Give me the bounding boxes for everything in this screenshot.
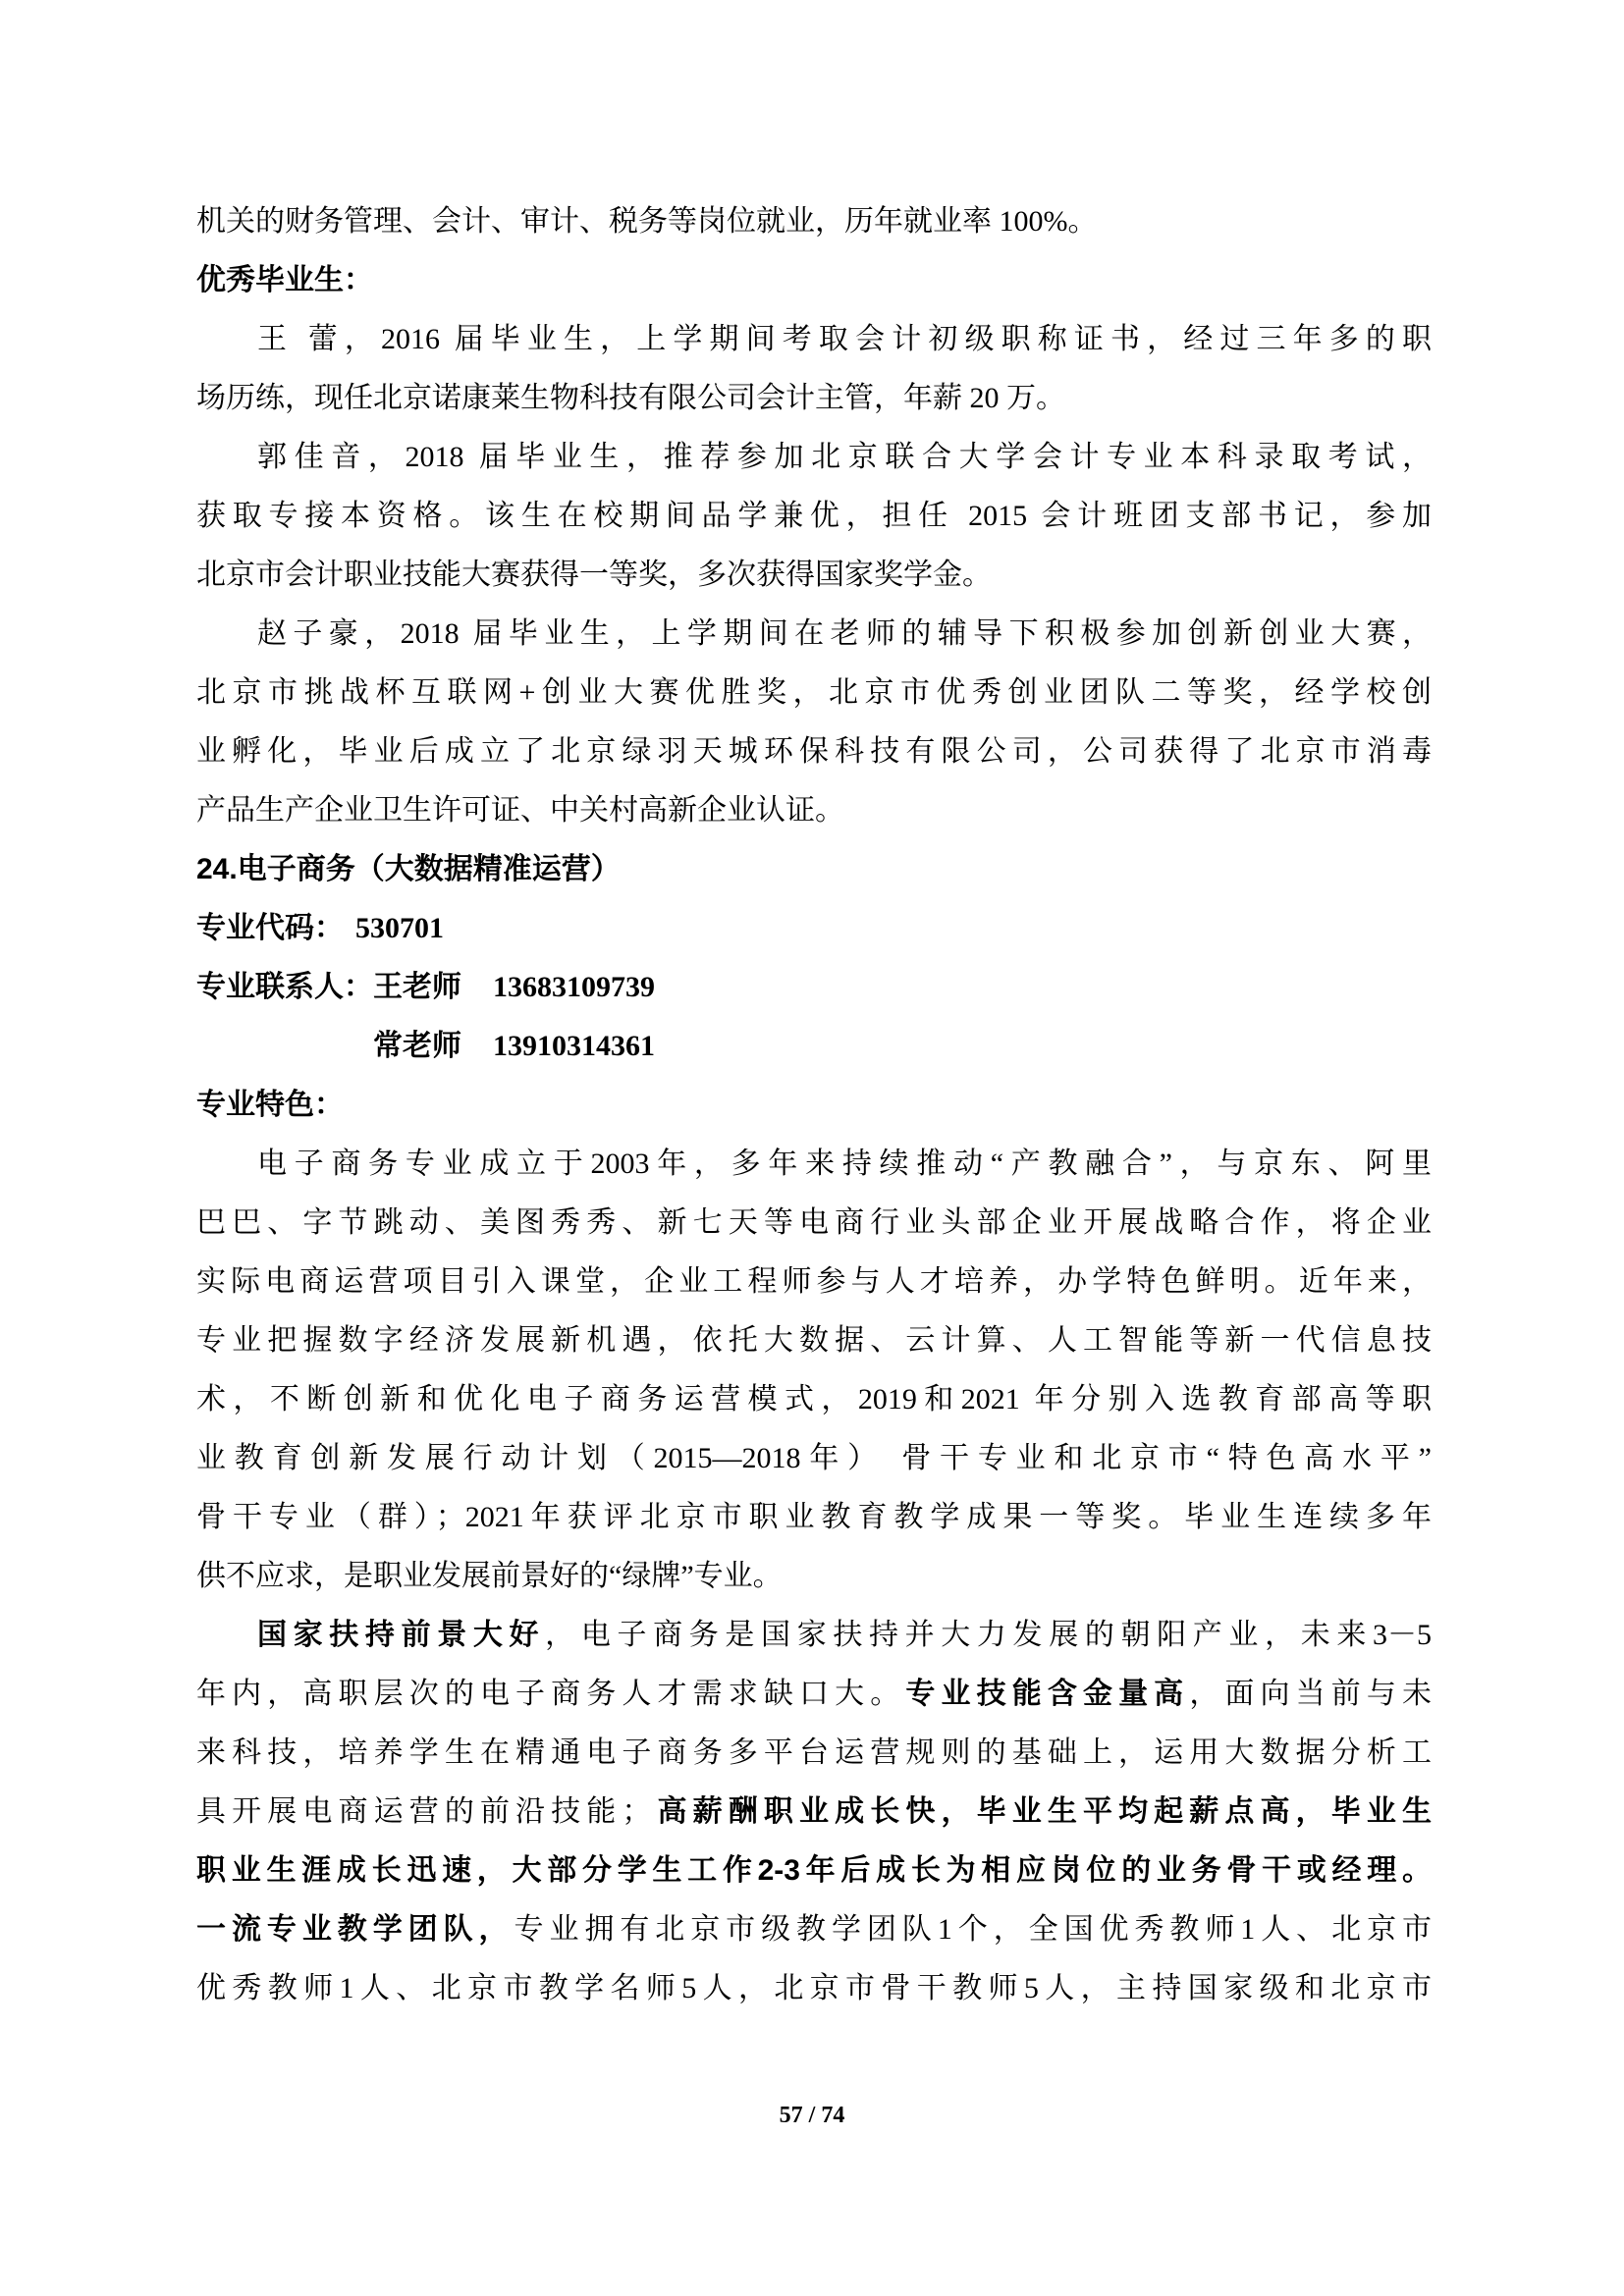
contact-row: 常老师 13910314361: [373, 1017, 655, 1076]
text-line: 场历练，现任北京诺康莱生物科技有限公司会计主管，年薪 20 万。: [196, 369, 1432, 428]
text-segment: 机关的财务管理、会计、审计、税务等岗位就业，历年就业率 100%。: [196, 205, 1098, 238]
text-segment: 北京市挑战杯互联网+创业大赛优胜奖，北京市优秀创业团队二等奖，经学校创: [196, 676, 1432, 709]
text-segment: 北京市会计职业技能大赛获得一等奖，多次获得国家奖学金。: [196, 559, 992, 591]
text-line: 机关的财务管理、会计、审计、税务等岗位就业，历年就业率 100%。: [196, 192, 1432, 251]
bold-text-segment: 一流专业教学团队，: [196, 1913, 514, 1946]
contact-label: 专业联系人：: [196, 958, 373, 1017]
text-segment: 实际电商运营项目引入课堂，企业工程师参与人才培养，办学特色鲜明。近年来，: [196, 1265, 1432, 1298]
text-line: 北京市会计职业技能大赛获得一等奖，多次获得国家奖学金。: [196, 546, 1432, 605]
text-line: 具开展电商运营的前沿技能；高薪酬职业成长快，毕业生平均起薪点高，毕业生: [196, 1783, 1432, 1842]
major-code-value: 530701: [355, 899, 444, 958]
text-line: 业教育创新发展行动计划（2015—2018年） 骨干专业和北京市“特色高水平”: [196, 1429, 1432, 1488]
text-segment: 场历练，现任北京诺康莱生物科技有限公司会计主管，年薪 20 万。: [196, 382, 1065, 414]
text-segment: 专业拥有北京市级教学团队1个，全国优秀教师1人、北京市: [514, 1913, 1433, 1946]
text-segment: 产品生产企业卫生许可证、中关村高新企业认证。: [196, 794, 844, 827]
text-line: 王 蕾，2016 届毕业生，上学期间考取会计初级职称证书，经过三年多的职: [196, 310, 1432, 369]
text-segment: ，面向当前与未: [1189, 1678, 1432, 1710]
employment-continuation-paragraph: 机关的财务管理、会计、审计、税务等岗位就业，历年就业率 100%。: [196, 192, 1432, 251]
major-code-label: 专业代码：: [196, 899, 344, 958]
text-segment: 巴巴、字节跳动、美图秀秀、新七天等电商行业头部企业开展战略合作，将企业: [196, 1206, 1432, 1239]
graduate-paragraph-3: 赵子豪，2018 届毕业生，上学期间在老师的辅导下积极参加创新创业大赛，北京市挑…: [196, 605, 1432, 840]
text-line: 优秀教师1人、北京市教学名师5人，北京市骨干教师5人，主持国家级和北京市: [196, 1959, 1432, 2018]
bold-text-segment: 职业生涯成长迅速，大部分学生工作2-3年后成长为相应岗位的业务骨干或经理。: [196, 1854, 1432, 1887]
contact-name: 王老师: [373, 958, 461, 1017]
text-line: 郭佳音，2018 届毕业生，推荐参加北京联合大学会计专业本科录取考试，: [196, 428, 1432, 487]
text-line: 北京市挑战杯互联网+创业大赛优胜奖，北京市优秀创业团队二等奖，经学校创: [196, 664, 1432, 722]
text-segment: 获取专接本资格。该生在校期间品学兼优，担任 2015 会计班团支部书记，参加: [196, 500, 1432, 532]
text-line: 供不应求，是职业发展前景好的“绿牌”专业。: [196, 1547, 1432, 1606]
advantages-paragraph: 国家扶持前景大好，电子商务是国家扶持并大力发展的朝阳产业，未来3－5年内，高职层…: [196, 1606, 1432, 2018]
text-line: 来科技，培养学生在精通电子商务多平台运营规则的基础上，运用大数据分析工: [196, 1724, 1432, 1783]
text-segment: 优秀教师1人、北京市教学名师5人，北京市骨干教师5人，主持国家级和北京市: [196, 1972, 1432, 2004]
text-line: 一流专业教学团队，专业拥有北京市级教学团队1个，全国优秀教师1人、北京市: [196, 1900, 1432, 1959]
text-segment: 年内，高职层次的电子商务人才需求缺口大。: [196, 1678, 905, 1710]
text-line: 实际电商运营项目引入课堂，企业工程师参与人才培养，办学特色鲜明。近年来，: [196, 1253, 1432, 1311]
features-paragraph: 电子商务专业成立于2003年，多年来持续推动“产教融合”，与京东、阿里巴巴、字节…: [196, 1135, 1432, 1606]
text-segment: 骨干专业（群）；2021年获评北京市职业教育教学成果一等奖。毕业生连续多年: [196, 1501, 1432, 1533]
text-segment: 王 蕾，2016 届毕业生，上学期间考取会计初级职称证书，经过三年多的职: [257, 323, 1432, 355]
text-segment: 术，不断创新和优化电子商务运营模式，2019和2021 年分别入选教育部高等职: [196, 1383, 1432, 1415]
contact-phone: 13683109739: [493, 958, 655, 1017]
contact-row: 王老师 13683109739: [373, 958, 655, 1017]
bold-text-segment: 高薪酬职业成长快，毕业生平均起薪点高，毕业生: [651, 1795, 1432, 1828]
text-segment: 郭佳音，2018 届毕业生，推荐参加北京联合大学会计专业本科录取考试，: [257, 441, 1432, 473]
graduate-paragraph-2: 郭佳音，2018 届毕业生，推荐参加北京联合大学会计专业本科录取考试，获取专接本…: [196, 428, 1432, 605]
text-segment: 赵子豪，2018 届毕业生，上学期间在老师的辅导下积极参加创新创业大赛，: [257, 617, 1432, 650]
text-segment: 具开展电商运营的前沿技能；: [196, 1795, 651, 1828]
text-segment: 来科技，培养学生在精通电子商务多平台运营规则的基础上，运用大数据分析工: [196, 1736, 1432, 1769]
text-line: 骨干专业（群）；2021年获评北京市职业教育教学成果一等奖。毕业生连续多年: [196, 1488, 1432, 1547]
text-line: 巴巴、字节跳动、美图秀秀、新七天等电商行业头部企业开展战略合作，将企业: [196, 1194, 1432, 1253]
contact-list: 王老师 13683109739 常老师 13910314361: [373, 958, 655, 1076]
text-line: 职业生涯成长迅速，大部分学生工作2-3年后成长为相应岗位的业务骨干或经理。: [196, 1842, 1432, 1900]
page-number: 57 / 74: [0, 2101, 1624, 2130]
text-segment: 业教育创新发展行动计划（2015—2018年） 骨干专业和北京市“特色高水平”: [196, 1442, 1432, 1474]
text-segment: 供不应求，是职业发展前景好的“绿牌”专业。: [196, 1560, 783, 1592]
text-segment: 业孵化，毕业后成立了北京绿羽天城环保科技有限公司，公司获得了北京市消毒: [196, 735, 1432, 768]
graduates-heading: 优秀毕业生：: [196, 251, 1432, 310]
text-line: 年内，高职层次的电子商务人才需求缺口大。专业技能含金量高，面向当前与未: [196, 1665, 1432, 1724]
text-segment: 电子商务专业成立于2003年，多年来持续推动“产教融合”，与京东、阿里: [257, 1148, 1432, 1180]
page-content: 机关的财务管理、会计、审计、税务等岗位就业，历年就业率 100%。 优秀毕业生：…: [196, 192, 1432, 2018]
text-segment: 专业把握数字经济发展新机遇，依托大数据、云计算、人工智能等新一代信息技: [196, 1324, 1432, 1357]
major-section-heading: 24.电子商务（大数据精准运营）: [196, 840, 1432, 899]
major-code-line: 专业代码：530701: [196, 899, 1432, 958]
text-line: 产品生产企业卫生许可证、中关村高新企业认证。: [196, 781, 1432, 840]
text-line: 电子商务专业成立于2003年，多年来持续推动“产教融合”，与京东、阿里: [196, 1135, 1432, 1194]
bold-text-segment: 国家扶持前景大好: [257, 1619, 545, 1651]
bold-text-segment: 专业技能含金量高: [905, 1678, 1189, 1710]
text-line: 国家扶持前景大好，电子商务是国家扶持并大力发展的朝阳产业，未来3－5: [196, 1606, 1432, 1665]
text-line: 赵子豪，2018 届毕业生，上学期间在老师的辅导下积极参加创新创业大赛，: [196, 605, 1432, 664]
text-line: 业孵化，毕业后成立了北京绿羽天城环保科技有限公司，公司获得了北京市消毒: [196, 722, 1432, 781]
document-page: 机关的财务管理、会计、审计、税务等岗位就业，历年就业率 100%。 优秀毕业生：…: [0, 0, 1624, 2296]
contact-phone: 13910314361: [493, 1017, 655, 1076]
text-line: 专业把握数字经济发展新机遇，依托大数据、云计算、人工智能等新一代信息技: [196, 1311, 1432, 1370]
contact-name: 常老师: [373, 1017, 461, 1076]
graduate-paragraph-1: 王 蕾，2016 届毕业生，上学期间考取会计初级职称证书，经过三年多的职场历练，…: [196, 310, 1432, 428]
features-heading: 专业特色：: [196, 1076, 1432, 1135]
text-line: 获取专接本资格。该生在校期间品学兼优，担任 2015 会计班团支部书记，参加: [196, 487, 1432, 546]
text-line: 术，不断创新和优化电子商务运营模式，2019和2021 年分别入选教育部高等职: [196, 1370, 1432, 1429]
page-number-label: 57 / 74: [780, 2103, 845, 2128]
major-contact-block: 专业联系人： 王老师 13683109739 常老师 13910314361: [196, 958, 1432, 1076]
text-segment: ，电子商务是国家扶持并大力发展的朝阳产业，未来3－5: [545, 1619, 1432, 1651]
